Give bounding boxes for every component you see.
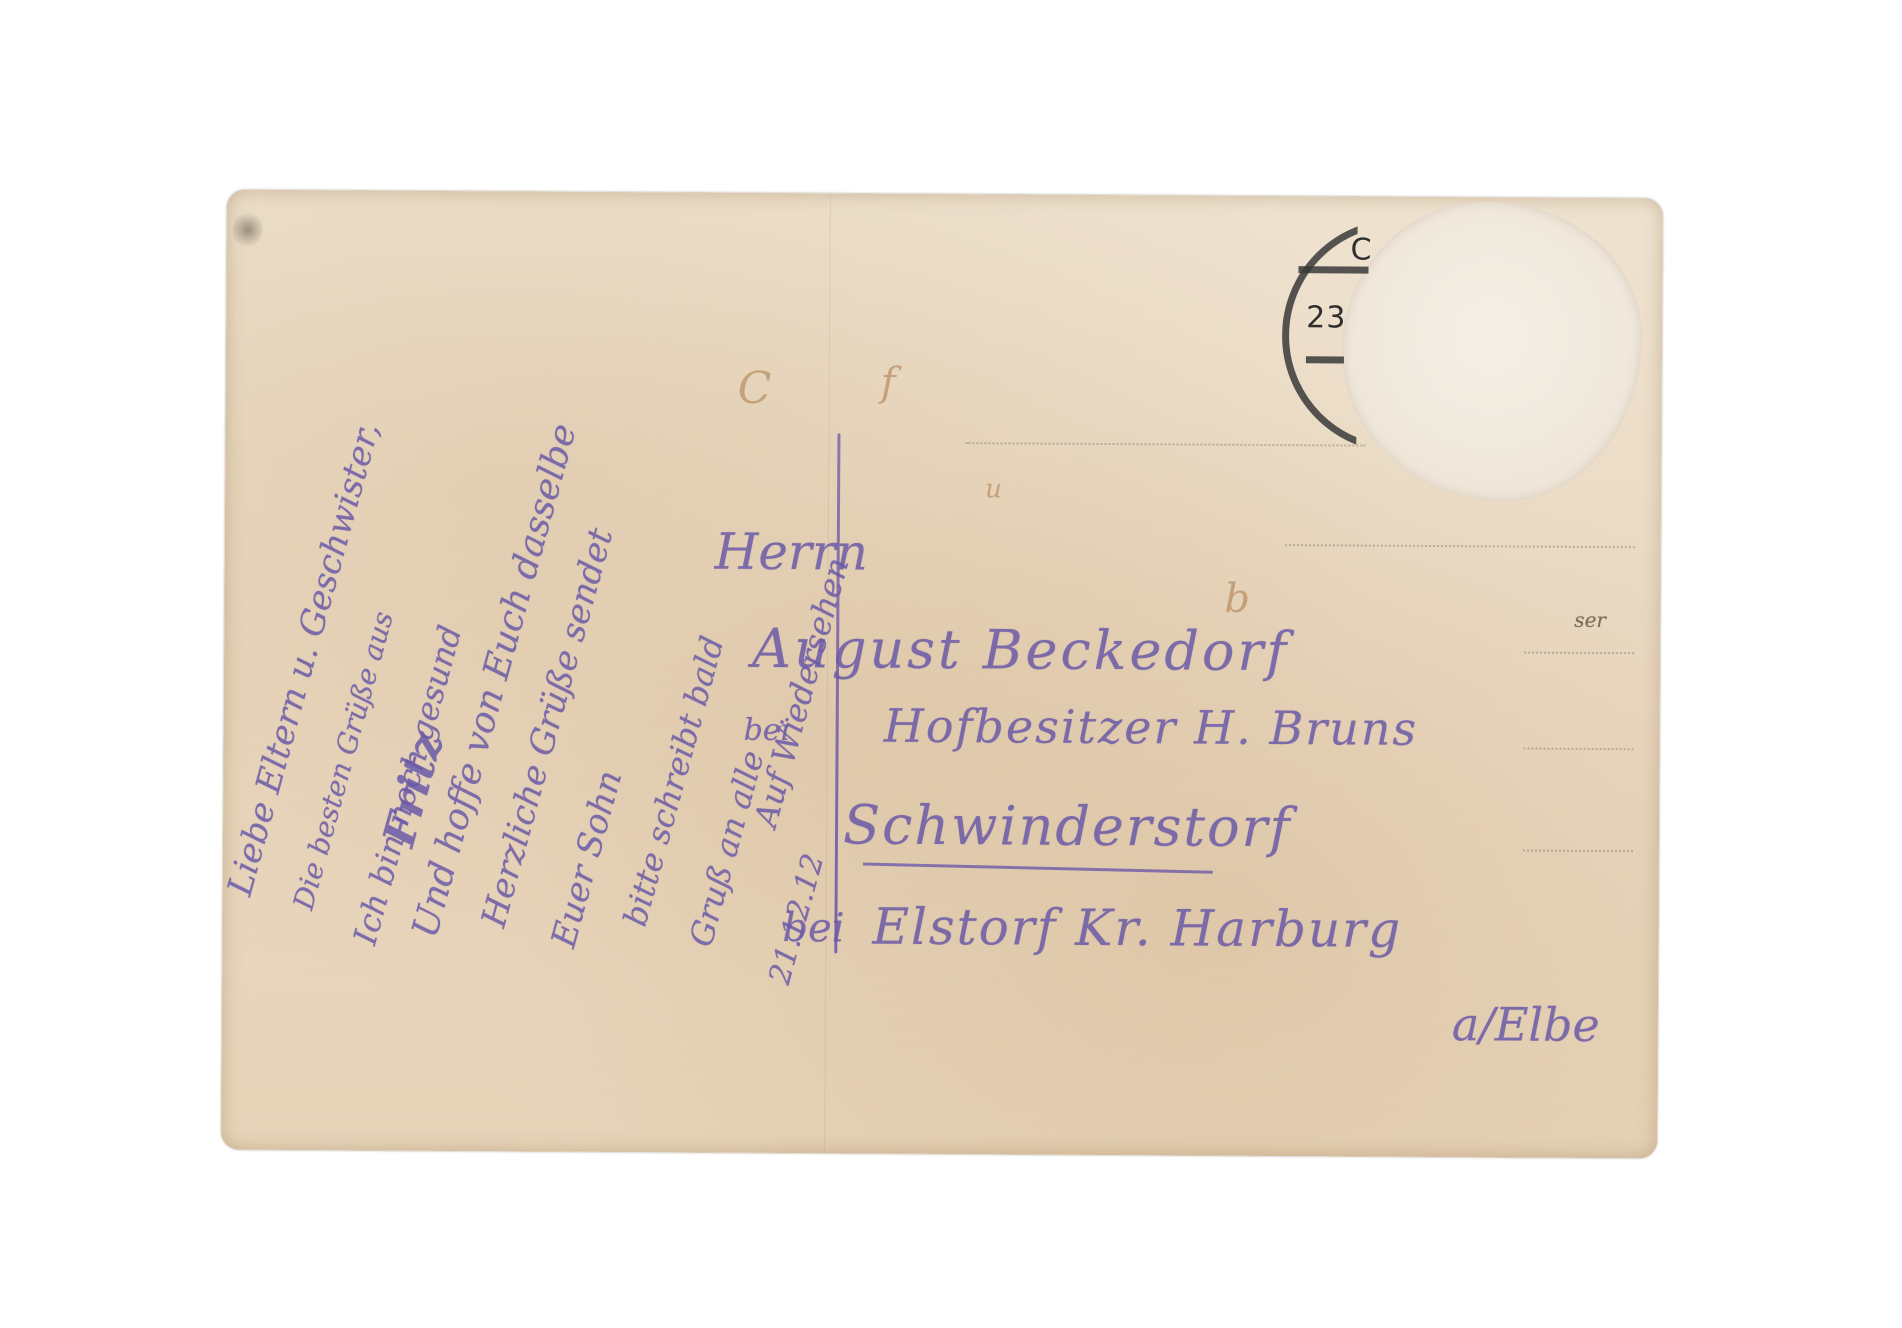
- address-guide-line: [1523, 850, 1633, 853]
- pencil-mark: C: [738, 363, 772, 414]
- postmark-date: 23: [1306, 300, 1346, 335]
- postmark-bar: [1306, 356, 1344, 363]
- handwritten-divider-line: [834, 433, 840, 953]
- address-guide-line: [965, 442, 1365, 446]
- address-line1: Hofbesitzer H. Bruns: [884, 699, 1419, 756]
- message-line: Auf Wiedersehen: [746, 553, 856, 831]
- address-line4: a/Elbe: [1452, 997, 1600, 1052]
- pencil-mark: f: [881, 360, 896, 406]
- address-guide-line: [1524, 652, 1634, 655]
- address-line3: Elstorf Kr. Harburg: [872, 898, 1402, 959]
- address-guide-line: [1285, 544, 1635, 548]
- stain: [233, 210, 263, 250]
- address-line2: Schwinderstorf: [843, 793, 1292, 859]
- message-line: Euer Sohn: [544, 766, 631, 952]
- pencil-mark: u: [985, 474, 1002, 504]
- postcard: C 23 C f u b Herrn August Beckedorf ser …: [221, 190, 1663, 1159]
- postmark-letter: C: [1350, 232, 1371, 267]
- removed-stamp-area: [1341, 200, 1643, 502]
- address-guide-line: [1524, 748, 1634, 751]
- address-underline: [863, 862, 1213, 873]
- address-name-superscript: ser: [1574, 608, 1606, 632]
- pencil-mark: b: [1224, 576, 1250, 622]
